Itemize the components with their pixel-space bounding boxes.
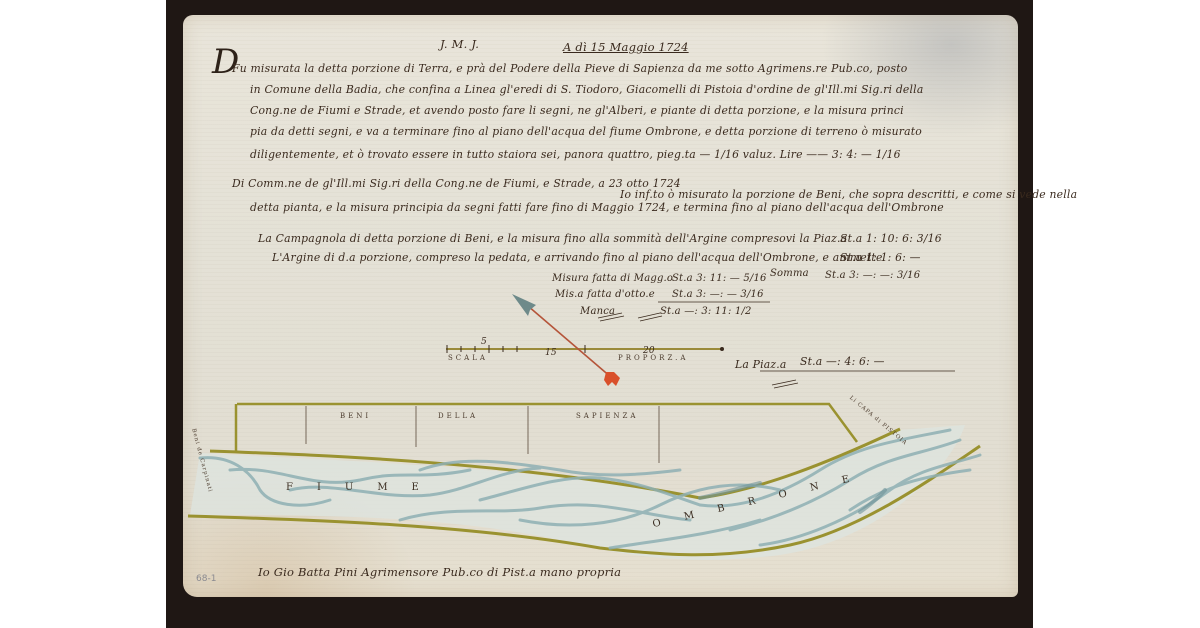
scale-bar <box>446 345 724 353</box>
north-arrow-icon <box>512 294 620 386</box>
scale-tick-15: 15 <box>545 348 557 358</box>
scale-label-left: SCALA <box>448 354 488 362</box>
tally-strokes <box>598 302 955 388</box>
scale-tick-5: 5 <box>481 337 487 347</box>
river-map <box>0 0 1200 628</box>
archive-number: 68-1 <box>196 574 216 584</box>
parcel-label-della: DELLA <box>438 412 478 420</box>
surveyor-signature: Io Gio Batta Pini Agrimensore Pub.co di … <box>258 565 621 579</box>
parcel-boundary <box>236 404 857 463</box>
parcel-label-sapienza: SAPIENZA <box>576 412 638 420</box>
river-label-fiume: FIUME <box>286 482 443 493</box>
parcel-label-beni: BENI <box>340 412 371 420</box>
scale-tick-20: 20 <box>643 346 655 356</box>
